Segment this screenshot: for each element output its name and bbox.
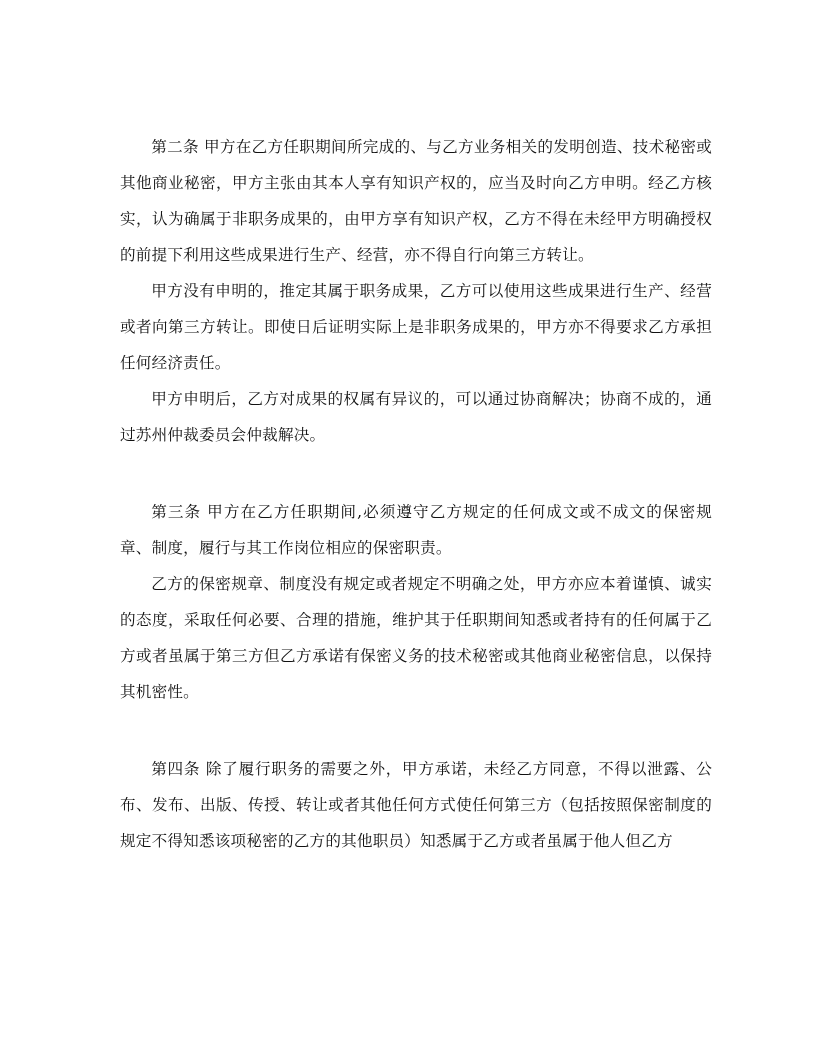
document-body: 第二条 甲方在乙方任职期间所完成的、与乙方业务相关的发明创造、技术秘密或其他商业… [120,129,712,859]
section-spacer [120,710,712,751]
article-3-paragraph-1: 第三条 甲方在乙方任职期间,必须遵守乙方规定的任何成文或不成文的保密规章、制度，… [120,494,712,566]
article-2: 第二条 甲方在乙方任职期间所完成的、与乙方业务相关的发明创造、技术秘密或其他商业… [120,129,712,453]
document-page: 第二条 甲方在乙方任职期间所完成的、与乙方业务相关的发明创造、技术秘密或其他商业… [0,0,816,1056]
article-4-paragraph-1: 第四条 除了履行职务的需要之外，甲方承诺，未经乙方同意，不得以泄露、公布、发布、… [120,751,712,859]
article-2-paragraph-1: 第二条 甲方在乙方任职期间所完成的、与乙方业务相关的发明创造、技术秘密或其他商业… [120,129,712,273]
section-spacer [120,453,712,494]
article-4: 第四条 除了履行职务的需要之外，甲方承诺，未经乙方同意，不得以泄露、公布、发布、… [120,751,712,859]
article-2-paragraph-2: 甲方没有申明的，推定其属于职务成果，乙方可以使用这些成果进行生产、经营或者向第三… [120,273,712,381]
article-3: 第三条 甲方在乙方任职期间,必须遵守乙方规定的任何成文或不成文的保密规章、制度，… [120,494,712,710]
article-3-paragraph-2: 乙方的保密规章、制度没有规定或者规定不明确之处，甲方亦应本着谨慎、诚实的态度，采… [120,566,712,710]
article-2-paragraph-3: 甲方申明后，乙方对成果的权属有异议的，可以通过协商解决；协商不成的，通过苏州仲裁… [120,381,712,453]
